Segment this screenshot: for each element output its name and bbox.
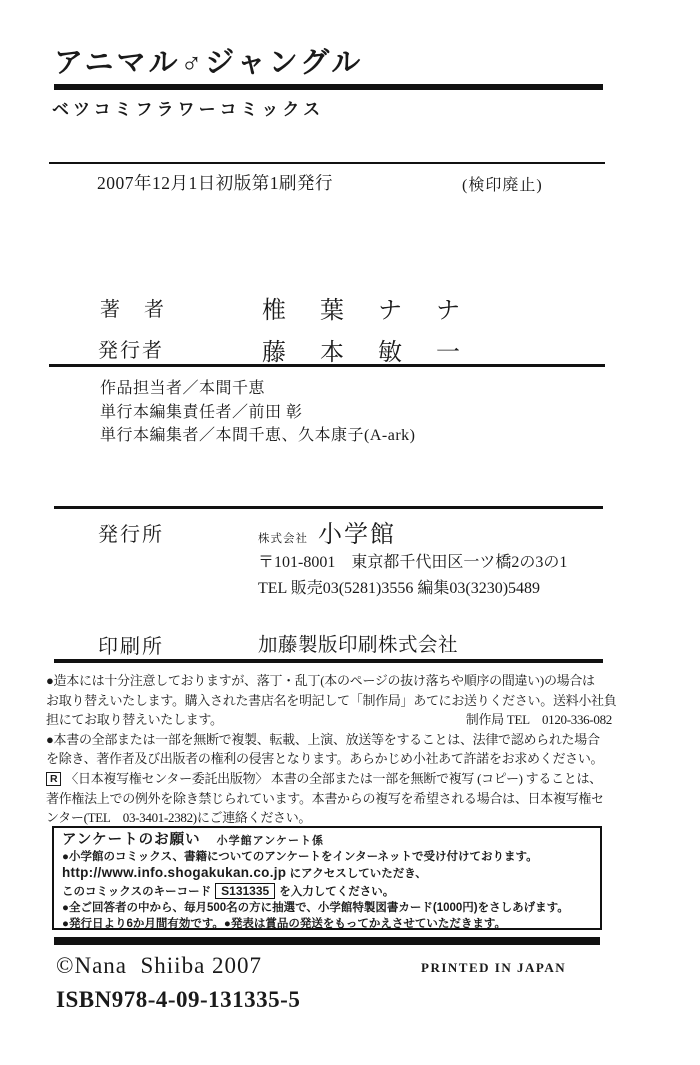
legal-binding-line2: お取り替えいたします。購入された書店名を明記して「制作局」あてにお送りください。… xyxy=(46,691,612,711)
printer-label: 印刷所 xyxy=(98,630,164,659)
staff-credits: 作品担当者／本間千恵 単行本編集責任者／前田 彰 単行本編集者／本間千恵、久本康… xyxy=(100,377,415,448)
keycode-suffix: を入力してください。 xyxy=(279,886,394,898)
survey-request-box: アンケートのお願い小学館アンケート係 ●小学館のコミックス、書籍についてのアンケ… xyxy=(52,826,602,930)
legal-notice: ●造本には十分注意しておりますが、落丁・乱丁(本のページの抜け落ちや順序の間違い… xyxy=(46,671,612,828)
publisher-person-label: 発行者 xyxy=(98,334,164,363)
legal-copyright-line1: ●本書の全部または一部を無断で複製、転載、上演、放送等をすることは、法律で認めら… xyxy=(46,730,612,750)
printed-in-japan: PRINTED IN JAPAN xyxy=(421,960,566,976)
inspection-stamp-note: (検印廃止) xyxy=(462,172,543,195)
legal-reproduction-line1-text: 〈日本複写権センター委託出版物〉 本書の全部または一部を無断で複写 (コピー) … xyxy=(65,771,602,786)
isbn-number: ISBN978-4-09-131335-5 xyxy=(56,987,300,1013)
copyright-notice: ©Nana Shiiba 2007 xyxy=(56,953,262,979)
boxed-r-mark: R xyxy=(46,772,61,786)
legal-binding-line3-left: 担にてお取り替えいたします。 xyxy=(46,710,223,730)
survey-intro: ●小学館のコミックス、書籍についてのアンケートをインターネットで受け付けておりま… xyxy=(62,849,592,865)
production-bureau-phone: 制作局 TEL 0120-336-082 xyxy=(466,710,612,730)
divider-credits xyxy=(49,364,605,367)
staff-line-work-manager: 作品担当者／本間千恵 xyxy=(100,377,415,401)
legal-binding-line3: 担にてお取り替えいたします。 制作局 TEL 0120-336-082 xyxy=(46,710,612,730)
company-prefix: 株式会社 xyxy=(258,530,308,546)
survey-department: 小学館アンケート係 xyxy=(217,835,324,847)
survey-validity-note: ●発行日より6か月間有効です。●発表は賞品の発送をもってかえさせていただきます。 xyxy=(62,916,592,932)
legal-reproduction-line1: R〈日本複写権センター委託出版物〉 本書の全部または一部を無断で複写 (コピー)… xyxy=(46,769,612,789)
keycode-prefix: このコミックスのキーコード xyxy=(62,886,211,898)
publishing-house-label: 発行所 xyxy=(98,518,164,547)
publisher-phone: TEL 販売03(5281)3556 編集03(3230)5489 xyxy=(258,575,540,598)
colophon-page: アニマル♂ジャングル ベツコミフラワーコミックス 2007年12月1日初版第1刷… xyxy=(0,0,700,1065)
imprint-label: ベツコミフラワーコミックス xyxy=(52,95,324,120)
publisher-person-name: 藤本敏一 xyxy=(262,332,494,367)
book-title: アニマル♂ジャングル xyxy=(54,40,363,81)
legal-binding-line1: ●造本には十分注意しておりますが、落丁・乱丁(本のページの抜け落ちや順序の間違い… xyxy=(46,671,612,691)
legal-reproduction-line3: ンター(TEL 03-3401-2382)にご連絡ください。 xyxy=(46,808,612,828)
divider-publisher-top xyxy=(54,506,603,509)
survey-heading: アンケートのお願い xyxy=(62,831,201,849)
author-label: 著 者 xyxy=(100,293,166,322)
printer-name: 加藤製版印刷株式会社 xyxy=(258,629,458,657)
legal-reproduction-line2: 著作権法上での例外を除き禁じられています。本書からの複写を希望される場合は、日本… xyxy=(46,789,612,809)
keycode-value: S131335 xyxy=(215,883,275,899)
survey-url: http://www.info.shogakukan.co.jp xyxy=(62,865,286,880)
legal-copyright-line2: を除き、著作者及び出版者の権利の侵害となります。あらかじめ小社あて許諾をお求めく… xyxy=(46,749,612,769)
company-name: 小学館 xyxy=(318,514,396,549)
publishing-company: 株式会社 小学館 xyxy=(258,514,396,549)
publisher-address: 〒101-8001 東京都千代田区一ツ橋2の3の1 xyxy=(258,549,567,572)
author-name: 椎葉ナナ xyxy=(262,290,494,325)
divider-footer xyxy=(54,937,600,945)
survey-keycode-row: このコミックスのキーコードS131335を入力してください。 xyxy=(62,883,592,900)
divider-legal-top xyxy=(54,659,603,663)
staff-line-editors: 単行本編集者／本間千恵、久本康子(A-ark) xyxy=(100,424,415,448)
survey-prize-note: ●全ご回答者の中から、毎月500名の方に抽選で、小学館特製図書カード(1000円… xyxy=(62,900,592,916)
title-underline xyxy=(54,84,603,90)
divider-edition-top xyxy=(49,162,605,164)
survey-url-row: http://www.info.shogakukan.co.jp にアクセスして… xyxy=(62,865,592,882)
survey-heading-row: アンケートのお願い小学館アンケート係 xyxy=(62,831,592,849)
edition-date: 2007年12月1日初版第1刷発行 xyxy=(97,170,333,195)
staff-line-chief-editor: 単行本編集責任者／前田 彰 xyxy=(100,401,415,425)
survey-url-suffix: にアクセスしていただき、 xyxy=(290,868,427,880)
